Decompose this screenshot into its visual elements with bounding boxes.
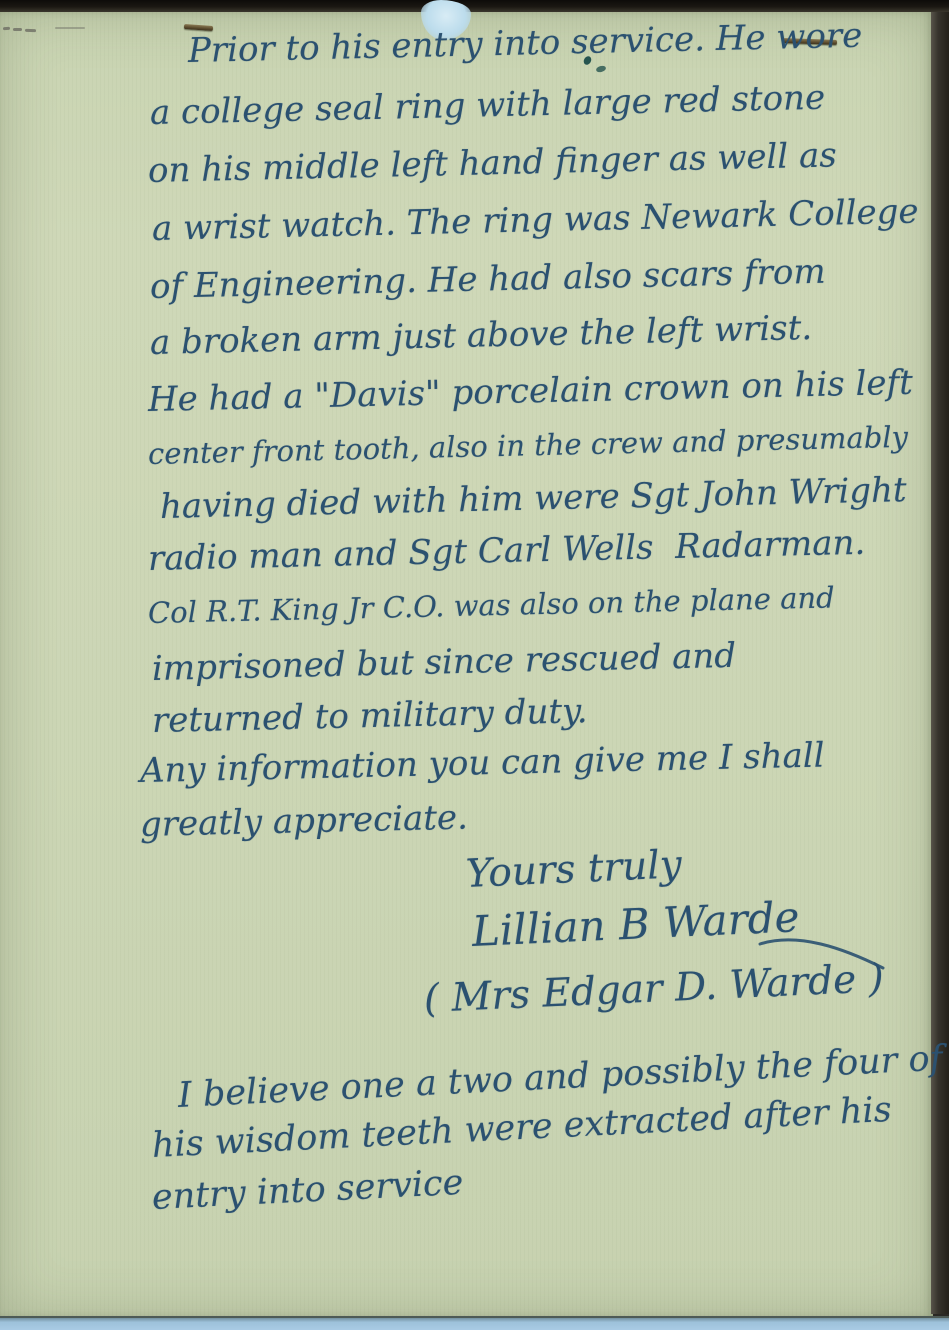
bottom-blue-edge xyxy=(0,1316,949,1330)
letter-line: greatly appreciate. xyxy=(140,799,469,846)
pencil-mark xyxy=(13,28,22,31)
scanned-letter-photo: Prior to his entry into service. He wore… xyxy=(0,0,949,1330)
top-dark-edge xyxy=(0,0,949,12)
right-dark-edge xyxy=(931,0,949,1314)
pencil-mark xyxy=(25,29,36,32)
pencil-mark xyxy=(55,27,85,29)
pencil-mark xyxy=(3,27,10,30)
